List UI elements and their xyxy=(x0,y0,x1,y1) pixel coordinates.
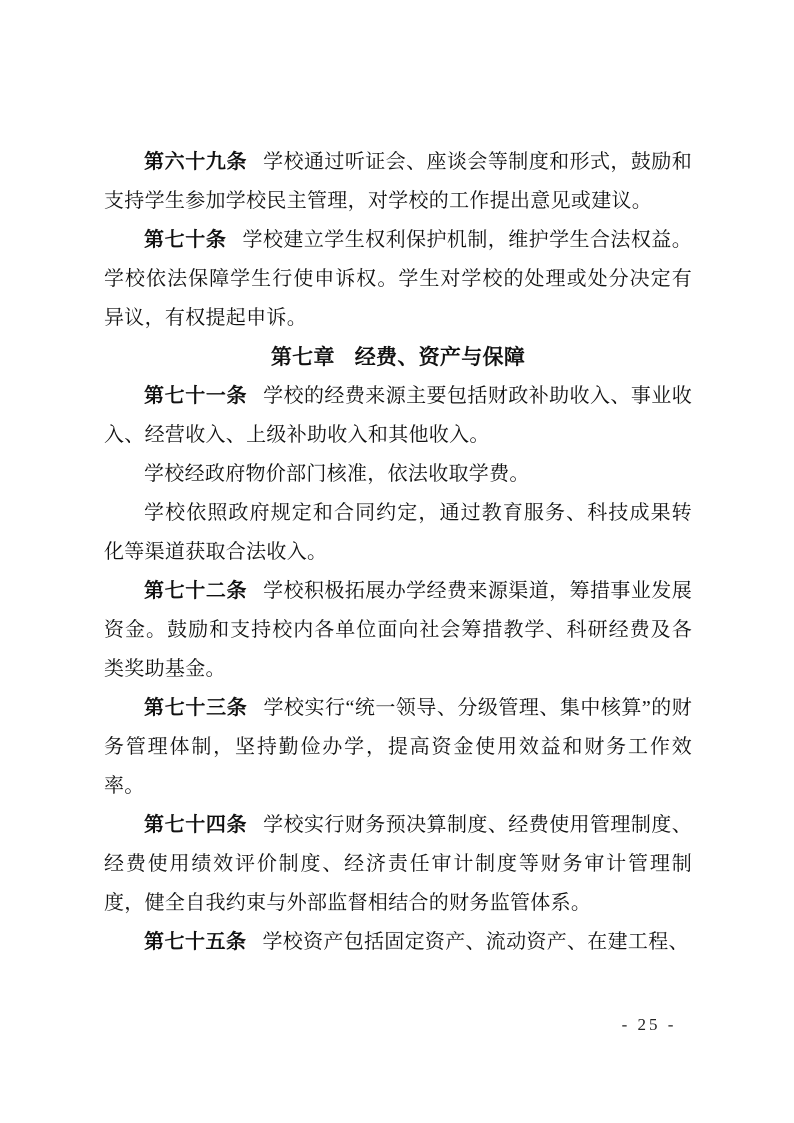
chapter-heading: 第七章经费、资产与保障 xyxy=(104,338,692,377)
paragraph-article-73: 第七十三条学校实行“统一领导、分级管理、集中核算”的财务管理体制，坚持勤俭办学，… xyxy=(104,689,692,806)
chapter-title: 经费、资产与保障 xyxy=(355,346,525,369)
document-body: 第六十九条学校通过听证会、座谈会等制度和形式，鼓励和支持学生参加学校民主管理，对… xyxy=(104,143,692,962)
body-text: 学校经政府物价部门核准，依法收取学费。 xyxy=(144,463,530,485)
article-number-70: 第七十条 xyxy=(144,229,227,251)
paragraph-plain-2: 学校依照政府规定和合同约定，通过教育服务、科技成果转化等渠道获取合法收入。 xyxy=(104,494,692,572)
article-number-73: 第七十三条 xyxy=(144,697,248,719)
paragraph-article-72: 第七十二条学校积极拓展办学经费来源渠道，筹措事业发展资金。鼓励和支持校内各单位面… xyxy=(104,572,692,689)
paragraph-article-74: 第七十四条学校实行财务预决算制度、经费使用管理制度、经费使用绩效评价制度、经济责… xyxy=(104,806,692,923)
paragraph-article-69: 第六十九条学校通过听证会、座谈会等制度和形式，鼓励和支持学生参加学校民主管理，对… xyxy=(104,143,692,221)
document-page: 第六十九条学校通过听证会、座谈会等制度和形式，鼓励和支持学生参加学校民主管理，对… xyxy=(0,0,794,1123)
article-number-72: 第七十二条 xyxy=(144,580,247,602)
paragraph-article-70: 第七十条学校建立学生权利保护机制，维护学生合法权益。学校依法保障学生行使申诉权。… xyxy=(104,221,692,338)
paragraph-article-71: 第七十一条学校的经费来源主要包括财政补助收入、事业收入、经营收入、上级补助收入和… xyxy=(104,377,692,455)
article-number-75: 第七十五条 xyxy=(144,931,247,953)
body-text: 学校依照政府规定和合同约定，通过教育服务、科技成果转化等渠道获取合法收入。 xyxy=(104,502,692,563)
article-text-75: 学校资产包括固定资产、流动资产、在建工程、 xyxy=(263,931,689,953)
page-number: - 25 - xyxy=(604,1012,694,1038)
article-number-74: 第七十四条 xyxy=(144,814,247,836)
paragraph-article-75: 第七十五条学校资产包括固定资产、流动资产、在建工程、 xyxy=(104,923,692,962)
chapter-number: 第七章 xyxy=(271,346,335,369)
paragraph-plain-1: 学校经政府物价部门核准，依法收取学费。 xyxy=(104,455,692,494)
article-number-69: 第六十九条 xyxy=(144,151,247,173)
article-number-71: 第七十一条 xyxy=(144,385,247,407)
